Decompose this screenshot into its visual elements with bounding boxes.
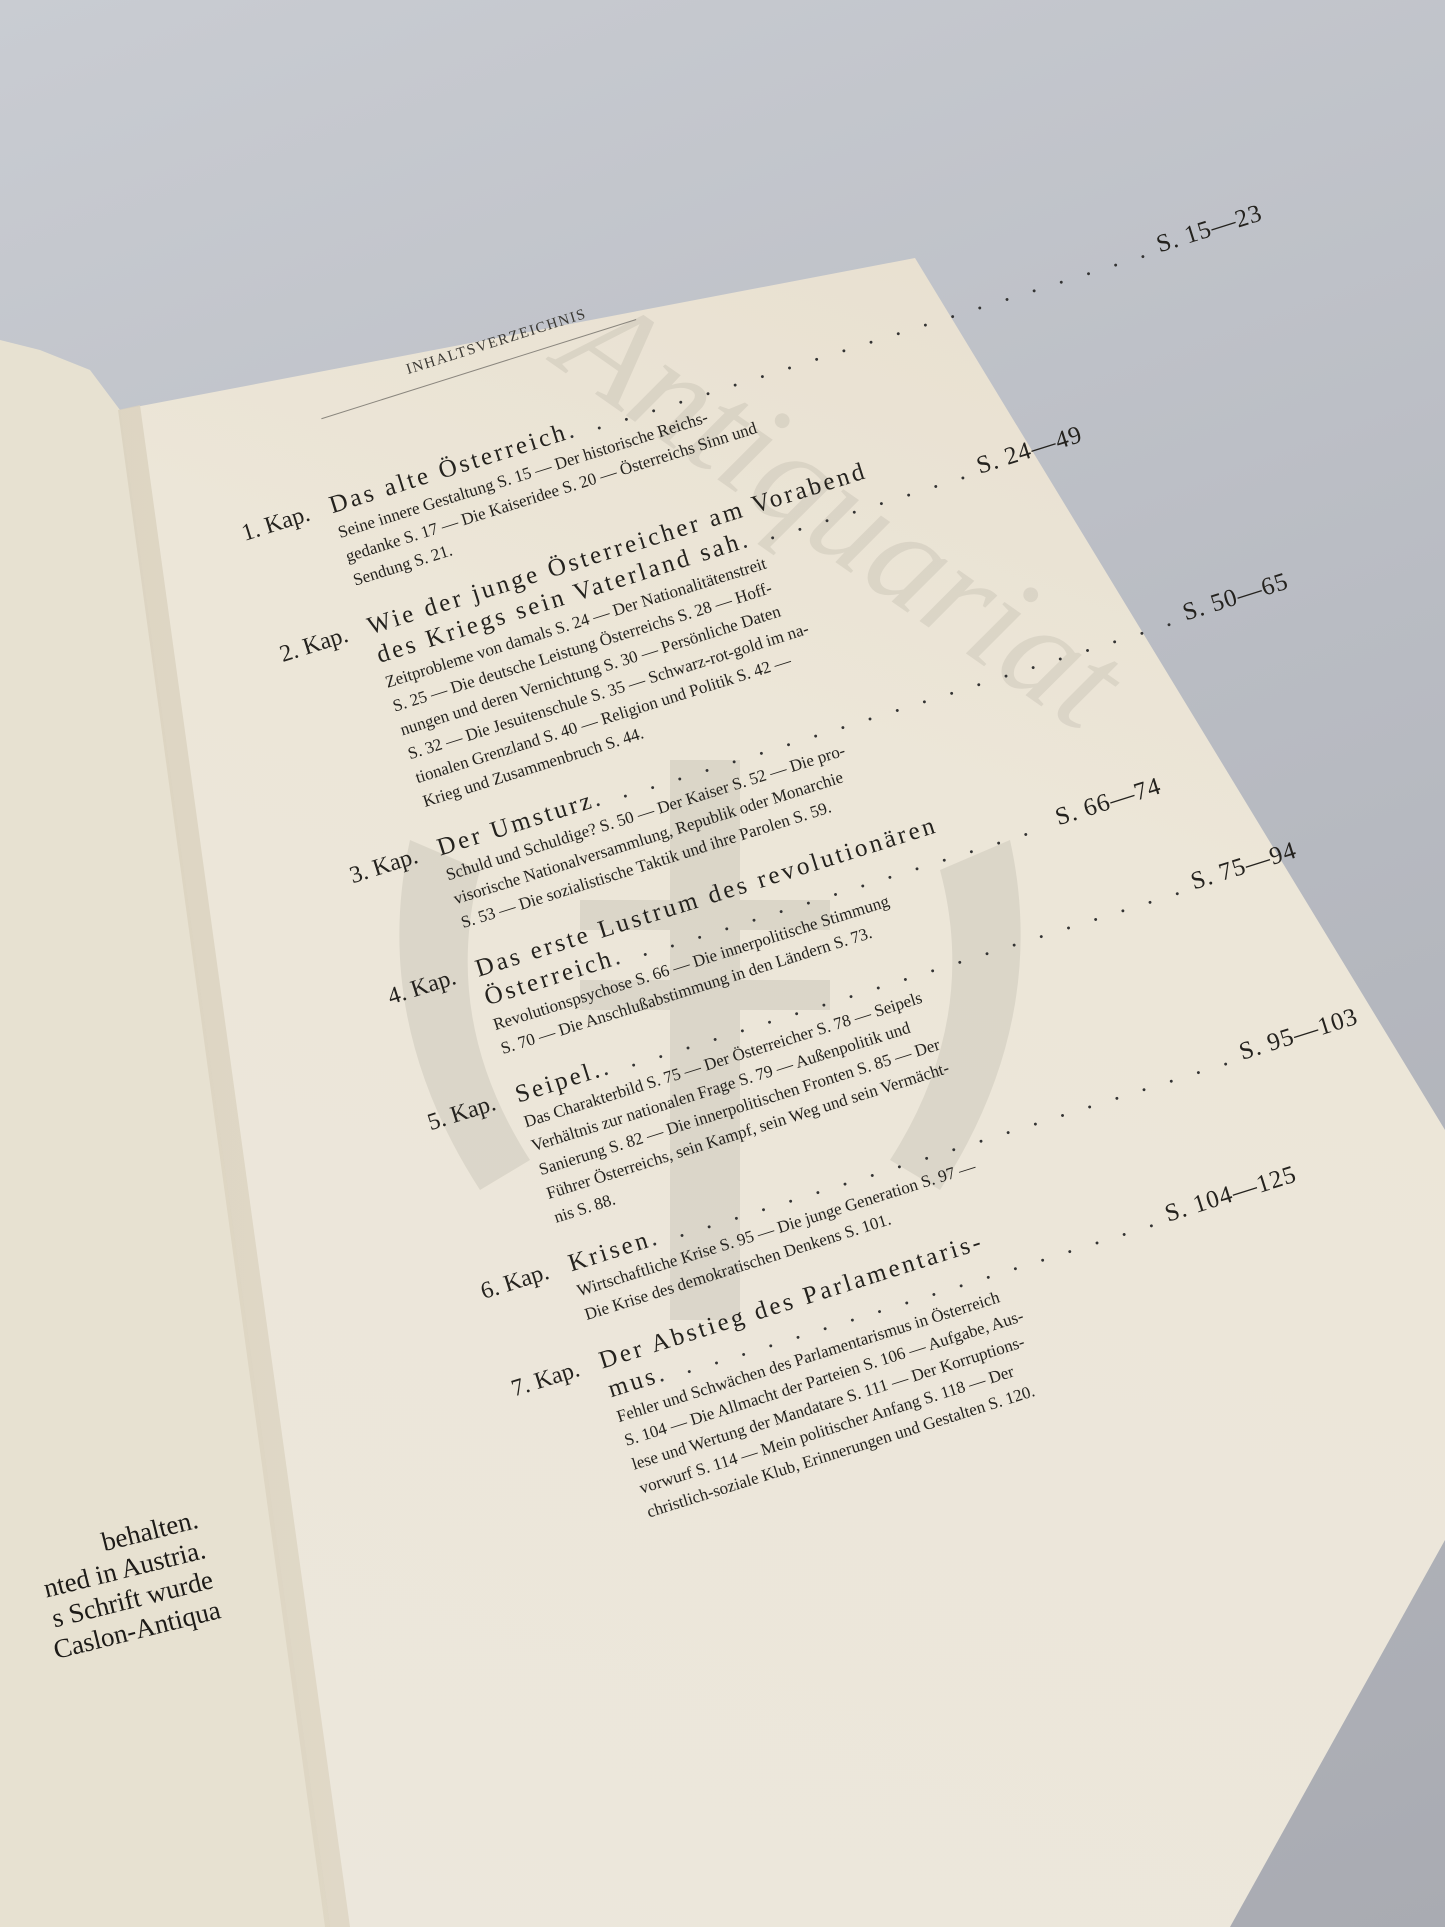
- chapter-number: 6. Kap.: [478, 1252, 574, 1305]
- chapter-pages: S. 50—65: [1179, 567, 1292, 629]
- chapter-number: 3. Kap.: [347, 837, 443, 890]
- chapter-number: 5. Kap.: [424, 1084, 520, 1137]
- chapter-number: 2. Kap.: [277, 615, 373, 668]
- chapter-number: 7. Kap.: [508, 1350, 604, 1403]
- chapter-number: 4. Kap.: [385, 958, 481, 1011]
- chapter-pages: S. 15—23: [1153, 199, 1266, 261]
